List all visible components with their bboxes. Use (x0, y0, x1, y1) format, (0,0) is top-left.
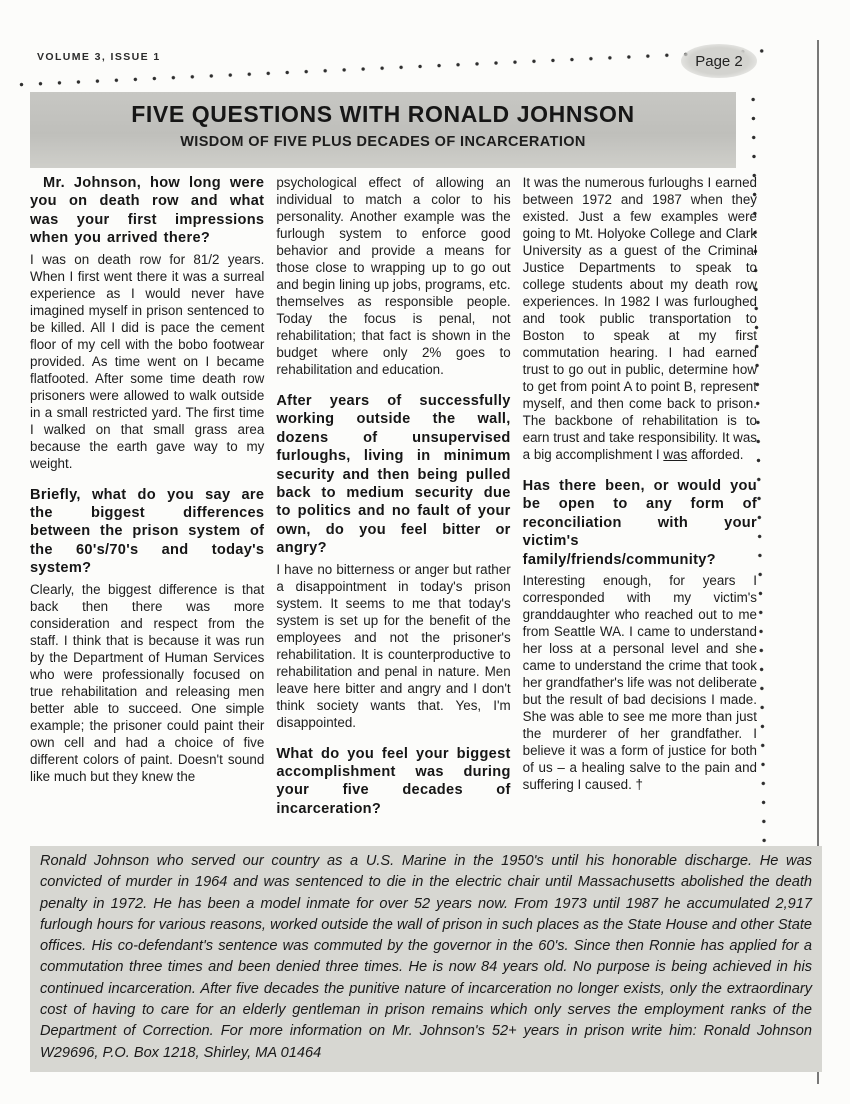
answer-4-text-end: afforded. (687, 447, 743, 462)
answer-2-part-1: Clearly, the biggest difference is that … (30, 581, 264, 785)
footer-bio-text: Ronald Johnson who served our country as… (40, 853, 812, 1061)
article-columns: Mr. Johnson, how long were you on death … (30, 174, 757, 821)
column-1: Mr. Johnson, how long were you on death … (30, 174, 264, 821)
question-3: After years of successfully working outs… (276, 392, 510, 558)
page-number-label: Page 2 (695, 53, 743, 70)
answer-1: I was on death row for 81/2 years. When … (30, 251, 264, 472)
underlined-word-was: was (663, 447, 687, 462)
title-banner: FIVE QUESTIONS WITH RONALD JOHNSON WISDO… (30, 92, 736, 168)
newsletter-page: VOLUME 3, ISSUE 1 Page 2 FIVE QUESTIONS … (0, 0, 850, 1104)
page-title: FIVE QUESTIONS WITH RONALD JOHNSON (30, 92, 736, 128)
page-number-badge: Page 2 (681, 44, 757, 78)
answer-4-text-start: It was the numerous furloughs I earned b… (523, 175, 757, 462)
answer-5: Interesting enough, for years I correspo… (523, 572, 757, 793)
column-3: It was the numerous furloughs I earned b… (523, 174, 757, 821)
answer-3: I have no bitterness or anger but rather… (276, 561, 510, 731)
column-2: psychological effect of allowing an indi… (276, 174, 510, 821)
answer-4: It was the numerous furloughs I earned b… (523, 174, 757, 463)
page-subtitle: WISDOM OF FIVE PLUS DECADES OF INCARCERA… (30, 134, 736, 150)
question-2: Briefly, what do you say are the biggest… (30, 486, 264, 578)
question-5: Has there been, or would you be open to … (523, 477, 757, 569)
answer-2-part-2: psychological effect of allowing an indi… (276, 174, 510, 378)
footer-bio: Ronald Johnson who served our country as… (30, 846, 822, 1072)
question-1: Mr. Johnson, how long were you on death … (30, 174, 264, 248)
question-4: What do you feel your biggest accomplish… (276, 745, 510, 819)
volume-issue-label: VOLUME 3, ISSUE 1 (37, 51, 161, 63)
